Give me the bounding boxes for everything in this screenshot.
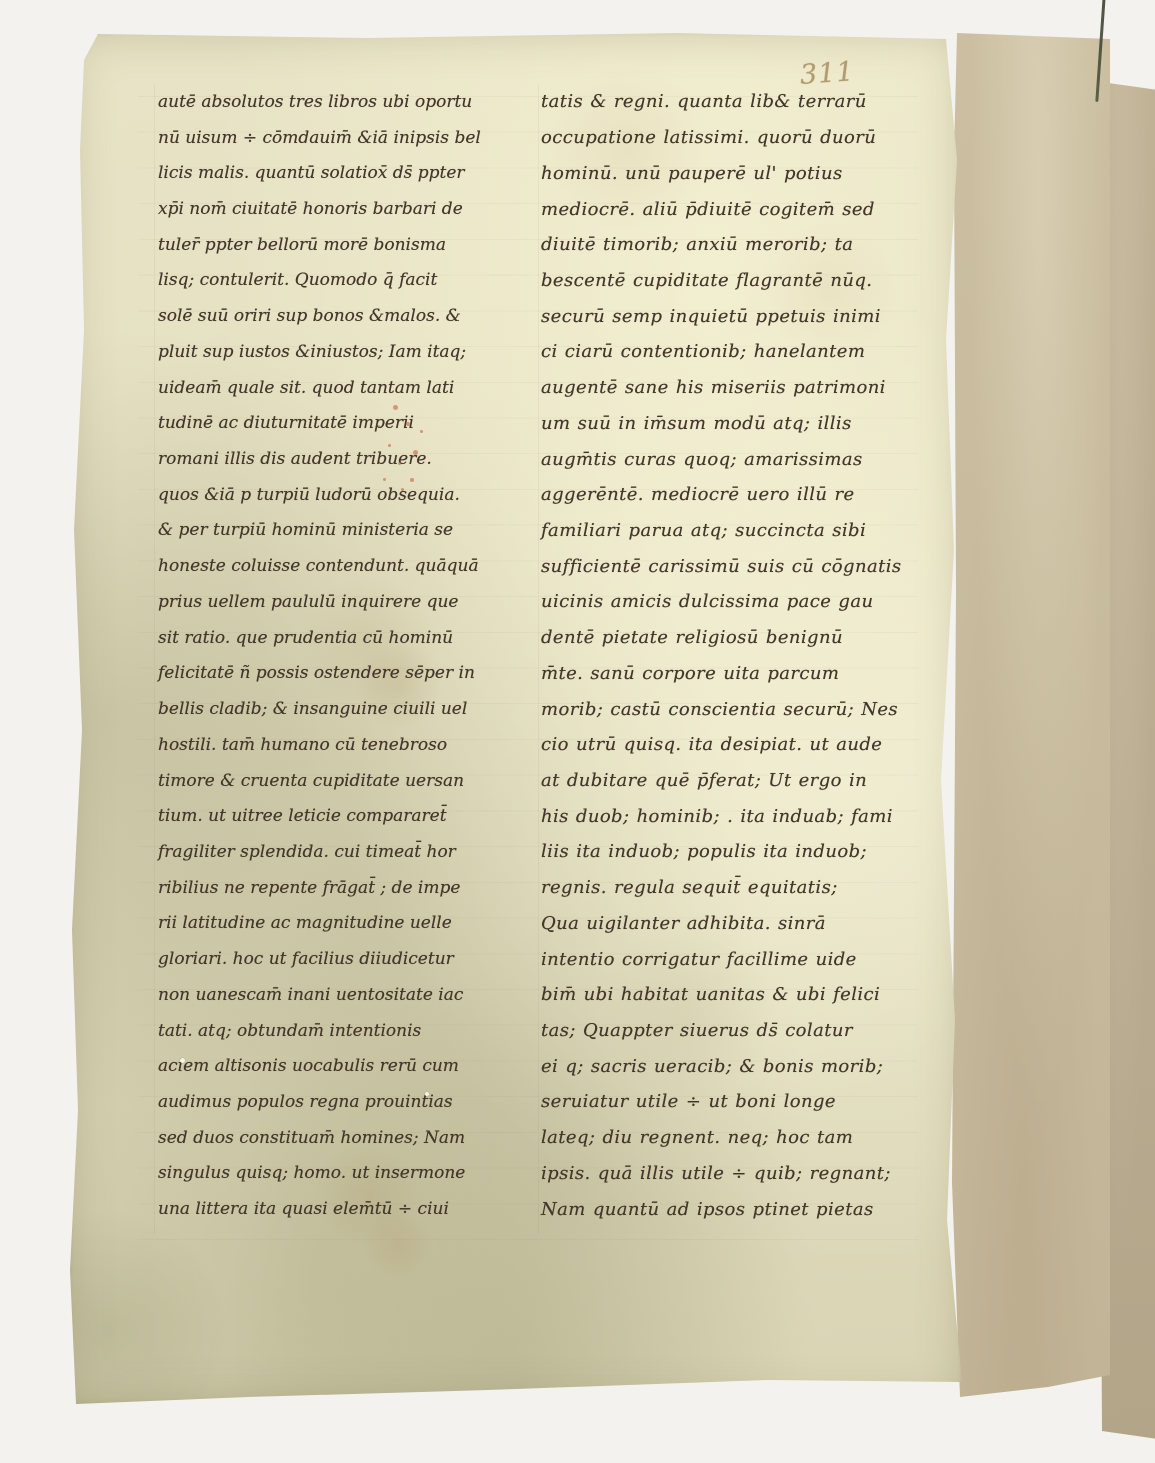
- manuscript-text-line: m̄te. sanū corpore uita parcum: [541, 656, 933, 692]
- manuscript-text-line: uicinis amicis dulcissima pace gau: [541, 584, 933, 620]
- manuscript-text-line: xp̄i nom̄ ciuitatē honoris barbari de: [158, 191, 478, 227]
- manuscript-text-line: tati. atq; obtundam̄ intentionis: [158, 1013, 478, 1049]
- manuscript-text-line: hominū. unū pauperē ul' potius: [541, 155, 933, 191]
- manuscript-page: 311 autē absolutos tres libros ubi oport…: [68, 30, 963, 1405]
- manuscript-text-line: prius uellem paululū inquirere que: [158, 584, 478, 620]
- text-column-right: tatis & regni. quanta lib& terrarūoccupa…: [541, 84, 933, 1227]
- manuscript-text-line: lisq; contulerit. Quomodo q̄ facit: [158, 263, 478, 299]
- manuscript-text-line: tatis & regni. quanta lib& terrarū: [541, 84, 933, 120]
- manuscript-text-line: sed duos constituam̄ homines; Nam: [158, 1120, 478, 1156]
- manuscript-text-line: bescentē cupiditate flagrantē nūq.: [541, 263, 933, 299]
- photographic-backdrop: 311 autē absolutos tres libros ubi oport…: [0, 0, 1155, 1463]
- manuscript-text-line: cio utrū quisq. ita desipiat. ut aude: [541, 727, 933, 763]
- manuscript-text-line: aciem altisonis uocabulis rerū cum: [158, 1048, 478, 1084]
- manuscript-text-line: sufficientē carissimū suis cū cōgnatis: [541, 548, 933, 584]
- manuscript-text-line: tudinē ac diuturnitatē imperii: [158, 405, 478, 441]
- manuscript-text-line: ci ciarū contentionib; hanelantem: [541, 334, 933, 370]
- manuscript-text-line: morib; castū conscientia securū; Nes: [541, 691, 933, 727]
- manuscript-text-line: his duob; hominib; . ita induab; fami: [541, 798, 933, 834]
- text-column-left: autē absolutos tres libros ubi oportunū …: [158, 84, 478, 1227]
- manuscript-text-line: dentē pietate religiosū benignū: [541, 620, 933, 656]
- manuscript-text-line: felicitatē ñ possis ostendere sēper in: [158, 656, 478, 692]
- manuscript-text-line: intentio corrigatur facillime uide: [541, 941, 933, 977]
- manuscript-text-line: honeste coluisse contendunt. quāquā: [158, 548, 478, 584]
- vertical-ruling-mid: [538, 84, 539, 1234]
- manuscript-text-line: & per turpiū hominū ministeria se: [158, 513, 478, 549]
- manuscript-text-line: autē absolutos tres libros ubi oportu: [158, 84, 478, 120]
- manuscript-text-line: Nam quantū ad ipsos ptinet pietas: [541, 1191, 933, 1227]
- manuscript-text-line: tium. ut uitree leticie compararet̄: [158, 798, 478, 834]
- manuscript-text-line: augentē sane his miseriis patrimoni: [541, 370, 933, 406]
- manuscript-text-line: nū uisum ÷ cōmdauim̄ &iā inipsis bel: [158, 120, 478, 156]
- manuscript-text-line: bim̄ ubi habitat uanitas & ubi felici: [541, 977, 933, 1013]
- manuscript-text-line: augm̄tis curas quoq; amarissimas: [541, 441, 933, 477]
- manuscript-text-line: uideam̄ quale sit. quod tantam lati: [158, 370, 478, 406]
- manuscript-text-line: aggerēntē. mediocrē uero illū re: [541, 477, 933, 513]
- manuscript-text-line: solē suū oriri sup bonos &malos. &: [158, 298, 478, 334]
- manuscript-text-line: Qua uigilanter adhibita. sinrā: [541, 906, 933, 942]
- manuscript-text-line: singulus quisq; homo. ut insermone: [158, 1156, 478, 1192]
- manuscript-text-line: tas; Quappter siuerus ds̄ colatur: [541, 1013, 933, 1049]
- manuscript-text-line: fragiliter splendida. cui timeat̄ hor: [158, 834, 478, 870]
- manuscript-text-line: gloriari. hoc ut facilius diiudicetur: [158, 941, 478, 977]
- manuscript-text-line: tuler̄ ppter bellorū morē bonisma: [158, 227, 478, 263]
- manuscript-text-line: bellis cladib; & insanguine ciuili uel: [158, 691, 478, 727]
- manuscript-text-line: lateq; diu regnent. neq; hoc tam: [541, 1120, 933, 1156]
- manuscript-text-line: diuitē timorib; anxiū merorib; ta: [541, 227, 933, 263]
- manuscript-text-line: seruiatur utile ÷ ut boni longe: [541, 1084, 933, 1120]
- manuscript-text-line: ribilius ne repente frāgat̄ ; de impe: [158, 870, 478, 906]
- manuscript-text-line: rii latitudine ac magnitudine uelle: [158, 906, 478, 942]
- manuscript-text-line: una littera ita quasi elem̄tū ÷ ciui: [158, 1191, 478, 1227]
- manuscript-text-line: audimus populos regna prouintias: [158, 1084, 478, 1120]
- manuscript-text-line: timore & cruenta cupiditate uersan: [158, 763, 478, 799]
- manuscript-text-line: familiari parua atq; succincta sibi: [541, 513, 933, 549]
- manuscript-text-line: occupatione latissimi. quorū duorū: [541, 120, 933, 156]
- manuscript-text-line: non uanescam̄ inani uentositate iac: [158, 977, 478, 1013]
- manuscript-text-line: sit ratio. que prudentia cū hominū: [158, 620, 478, 656]
- manuscript-text-line: pluit sup iustos &iniustos; Iam itaq;: [158, 334, 478, 370]
- folio-number: 311: [799, 56, 856, 91]
- manuscript-text-line: romani illis dis audent tribuere.: [158, 441, 478, 477]
- manuscript-text-line: mediocrē. aliū p̄diuitē cogitem̄ sed: [541, 191, 933, 227]
- manuscript-text-line: um suū in im̄sum modū atq; illis: [541, 405, 933, 441]
- manuscript-text-line: licis malis. quantū solatiox̄ ds̄ ppter: [158, 155, 478, 191]
- manuscript-text-line: securū semp inquietū ppetuis inimi: [541, 298, 933, 334]
- underleaf-page-edge: [952, 33, 1110, 1397]
- manuscript-text-line: ei q; sacris ueracib; & bonis morib;: [541, 1048, 933, 1084]
- vertical-ruling-left: [154, 84, 155, 1234]
- manuscript-text-line: ipsis. quā illis utile ÷ quib; regnant;: [541, 1156, 933, 1192]
- manuscript-text-line: liis ita induob; populis ita induob;: [541, 834, 933, 870]
- manuscript-text-line: hostili. tam̄ humano cū tenebroso: [158, 727, 478, 763]
- parchment-stain: [0, 1210, 228, 1450]
- manuscript-text-line: quos &iā p turpiū ludorū obsequia.: [158, 477, 478, 513]
- manuscript-text-line: regnis. regula sequit̄ equitatis;: [541, 870, 933, 906]
- corner-fold-crease: [83, 22, 112, 45]
- manuscript-text-line: at dubitare quē p̄ferat; Ut ergo in: [541, 763, 933, 799]
